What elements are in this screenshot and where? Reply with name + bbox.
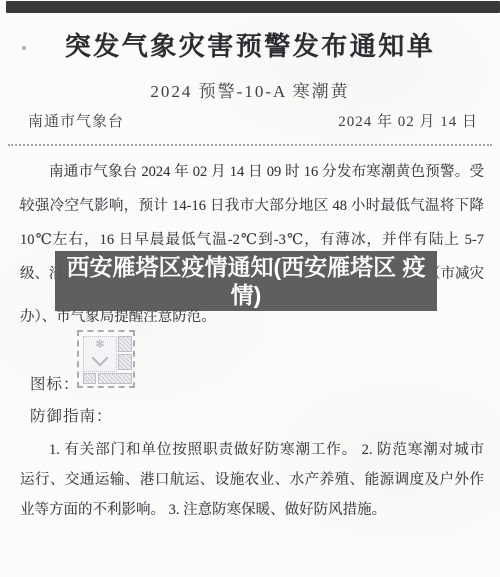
issue-date: 2024 年 02 月 14 日	[338, 110, 478, 131]
watermark-caption-text: 西安雁塔区疫情通知(西安雁塔区 疫情)	[63, 253, 429, 309]
guide-line: 业等方面的不利影响。 3. 注意防寒保暖、做好防风措施。	[20, 501, 484, 520]
stamp-text-block	[118, 354, 132, 370]
guide-line: 运行、交通运输、港口航运、设施农业、水产养殖、能源调度及户外作	[20, 471, 484, 490]
cold-wave-warning-stamp-icon: ❄	[77, 330, 135, 388]
stamp-side-text-cell	[118, 336, 132, 370]
stamp-text-block	[98, 373, 132, 384]
scanned-warning-notice: 突发气象灾害预警发布通知单 2024 预警-10-A 寒潮黄 南通市气象台 20…	[0, 0, 500, 577]
warning-code: 2024 预警-10-A 寒潮黄	[0, 77, 500, 102]
meta-row: 南通市气象台 2024 年 02 月 14 日	[28, 110, 478, 131]
body-line: 10℃左右，16 日早晨最低气温-2℃到-3℃，有薄冰，并伴有陆上 5-7	[20, 231, 484, 250]
guide-section-label: 防御指南：	[30, 404, 113, 426]
stamp-bottom-text-row	[83, 373, 132, 384]
body-line: 南通市气象台 2024 年 02 月 14 日 09 时 16 分发布寒潮黄色预…	[20, 163, 484, 182]
issuer: 南通市气象台	[28, 110, 124, 131]
chevron-down-icon	[92, 350, 109, 367]
page-title: 突发气象灾害预警发布通知单	[0, 26, 500, 63]
body-line: 较强冷空气影响，预计 14-16 日我市大部分地区 48 小时最低气温将下降	[20, 197, 484, 216]
stamp-snowflake-cell: ❄	[83, 336, 117, 372]
scan-edge-band	[6, 1, 500, 13]
stamp-text-block	[118, 336, 132, 352]
dashed-divider	[8, 144, 492, 146]
watermark-caption-overlay: 西安雁塔区疫情通知(西安雁塔区 疫情)	[55, 251, 437, 311]
guide-line: 1. 有关部门和单位按照职责做好防寒潮工作。 2. 防范寒潮对城市	[20, 441, 484, 460]
stamp-text-block	[83, 373, 96, 384]
icon-section-label: 图标：	[30, 372, 80, 394]
